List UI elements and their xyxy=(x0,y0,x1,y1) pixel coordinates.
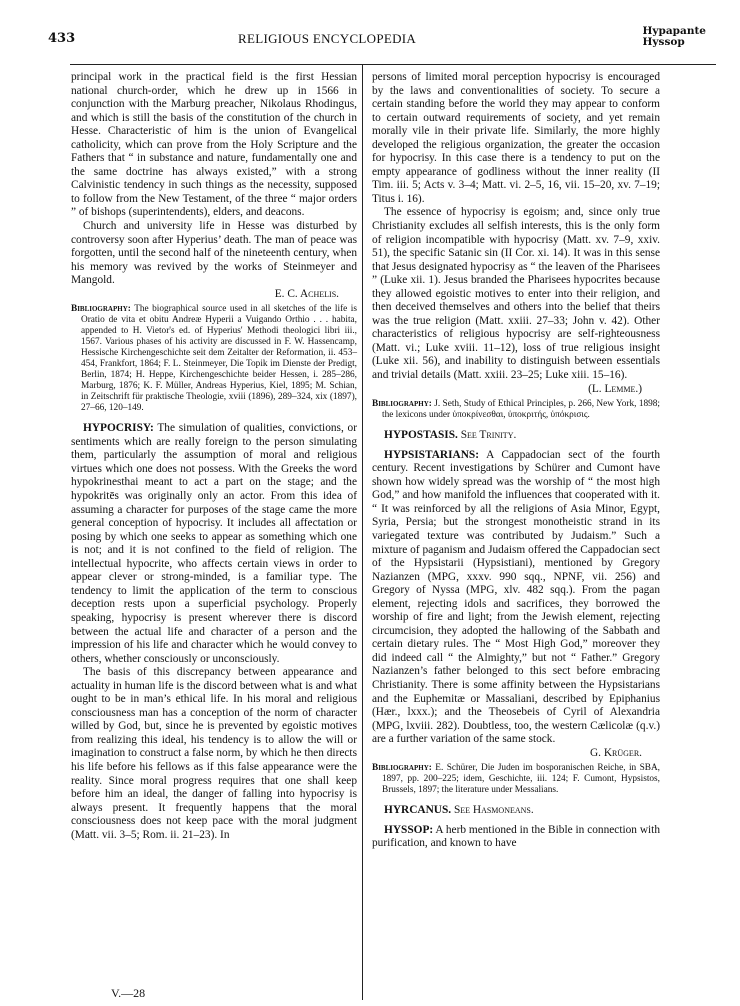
right-column: persons of limited moral perception hypo… xyxy=(372,71,660,851)
entry-hypostasis: HYPOSTASIS. See Trinity. xyxy=(372,429,660,443)
header-rule xyxy=(70,64,716,65)
page-number: 433 xyxy=(48,31,75,46)
entry-hypsistarians: HYPSISTARIANS: A Cappadocian sect of the… xyxy=(372,449,660,747)
bibliography-text: The biographical source used in all sket… xyxy=(81,304,357,413)
bibliography: Bibliography: The biographical source us… xyxy=(71,304,357,414)
page-header: 433 RELIGIOUS ENCYCLOPEDIA Hypapante Hys… xyxy=(48,26,714,52)
bibliography-label: Bibliography: xyxy=(71,304,131,314)
author-signature: G. Krüger. xyxy=(372,747,660,761)
column-divider xyxy=(362,64,363,1000)
left-column: principal work in the practical field is… xyxy=(71,71,357,842)
cross-reference: See Hasmoneans. xyxy=(454,804,534,816)
bibliography: Bibliography: J. Seth, Study of Ethical … xyxy=(372,399,660,421)
bibliography: Bibliography: E. Schürer, Die Juden im b… xyxy=(372,763,660,796)
cross-reference: See Trinity. xyxy=(461,429,517,441)
running-title: RELIGIOUS ENCYCLOPEDIA xyxy=(238,31,416,47)
entry-text: The simulation of qualities, convictions… xyxy=(71,422,357,664)
entry-heading: HYPOSTASIS. xyxy=(384,429,458,441)
paragraph: The essence of hypocrisy is egoism; and,… xyxy=(372,206,660,382)
paragraph: persons of limited moral perception hypo… xyxy=(372,71,660,206)
paragraph: principal work in the practical field is… xyxy=(71,71,357,220)
entry-heading: HYPSISTARIANS: xyxy=(384,449,479,461)
entry-hypocrisy: HYPOCRISY: The simulation of qualities, … xyxy=(71,422,357,666)
entry-hyssop: HYSSOP: A herb mentioned in the Bible in… xyxy=(372,824,660,851)
author-signature: (L. Lemme.) xyxy=(372,383,660,397)
signature-mark: V.—28 xyxy=(111,986,145,1001)
author-signature: E. C. Achelis. xyxy=(71,288,357,302)
guide-word-last: Hyssop xyxy=(643,37,706,48)
entry-heading: HYRCANUS. xyxy=(384,804,451,816)
guide-words: Hypapante Hyssop xyxy=(643,26,706,48)
paragraph: Church and university life in Hesse was … xyxy=(71,220,357,288)
entry-heading: HYSSOP: xyxy=(384,824,433,836)
entry-heading: HYPOCRISY: xyxy=(83,422,154,434)
bibliography-label: Bibliography: xyxy=(372,763,432,773)
entry-text: A Cappadocian sect of the fourth century… xyxy=(372,449,660,745)
paragraph: The basis of this discrepancy between ap… xyxy=(71,666,357,842)
bibliography-label: Bibliography: xyxy=(372,399,432,409)
entry-hyrcanus: HYRCANUS. See Hasmoneans. xyxy=(372,804,660,818)
